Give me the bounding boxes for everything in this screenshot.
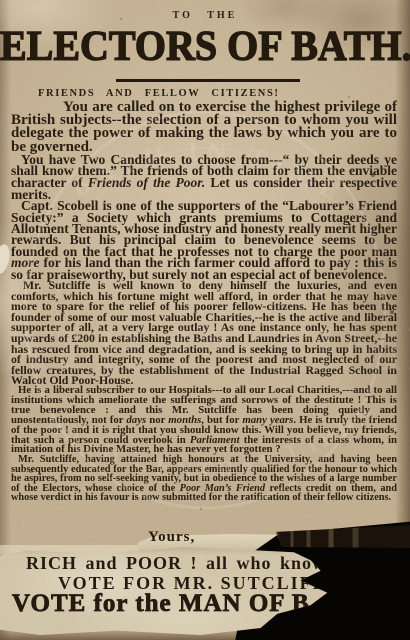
- torn-scrap: [276, 525, 410, 548]
- body-paragraphs: You are called on to exercise the highes…: [11, 101, 397, 503]
- paper-specks: [0, 0, 2, 2]
- paragraph: Capt. Scobell is one of the supporters o…: [11, 200, 397, 280]
- headline-title: ELECTORS OF BATH.: [0, 20, 410, 70]
- paragraph: You have Two Candidates to choose from--…: [11, 154, 397, 200]
- paragraph: You are called on to exercise the highes…: [11, 101, 397, 154]
- paragraph: Mr. Sutcliffe is well known to deny hims…: [11, 280, 397, 386]
- kicker: TO THE: [0, 10, 410, 21]
- paragraph: Mr. Sutcliffe, having attained high hono…: [11, 455, 397, 503]
- fragment-line-vote-man-of: VOTE for the MAN OF B: [12, 590, 310, 618]
- divider-rule: [116, 79, 300, 82]
- salutation: FRIENDS AND FELLOW CITIZENS!: [38, 88, 280, 99]
- closing-yours: Yours,: [148, 529, 195, 546]
- fragment-line-rich-and-poor: RICH and POOR ! all who know: [26, 553, 326, 574]
- poster-page: TO THE ELECTORS OF BATH. FRIENDS AND FEL…: [0, 0, 410, 640]
- paragraph: He is a liberal subscriber to our Hospit…: [11, 386, 397, 455]
